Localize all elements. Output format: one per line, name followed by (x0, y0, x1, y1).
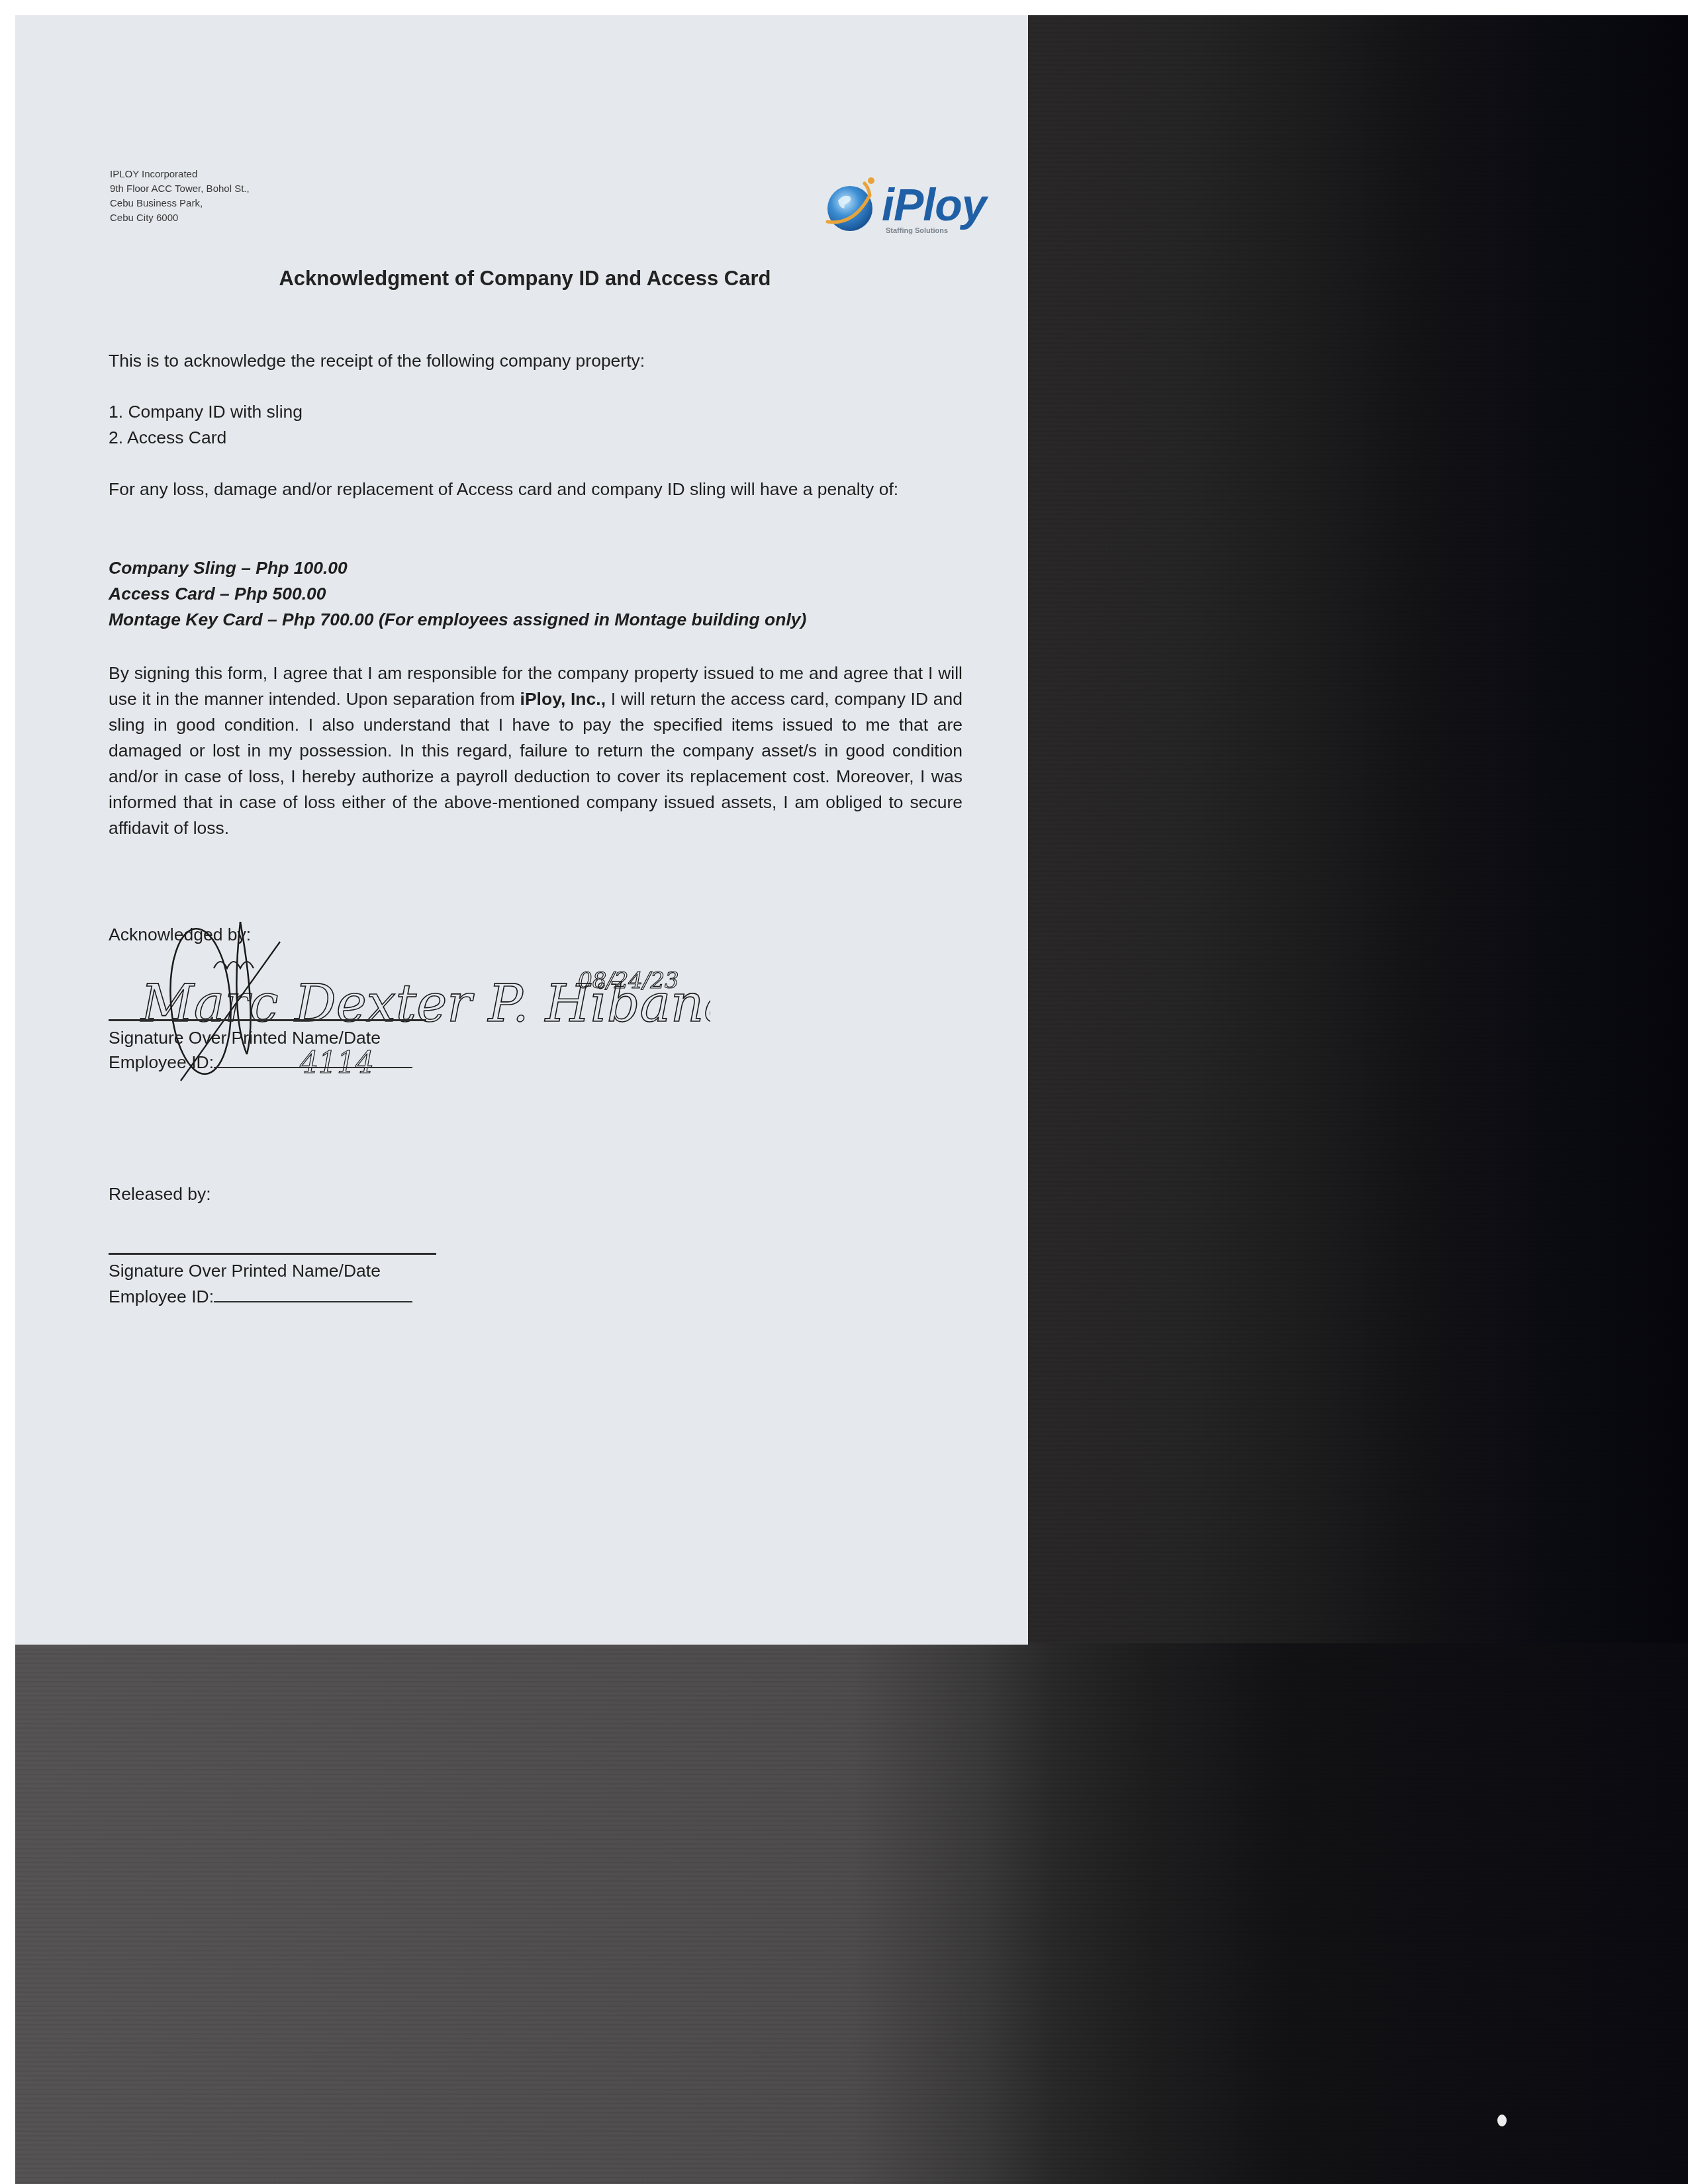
release-employee-id-field: Employee ID: (109, 1284, 962, 1310)
released-by-label: Released by: (109, 1181, 962, 1207)
address-line: Cebu City 6000 (110, 211, 250, 226)
address-line: 9th Floor ACC Tower, Bohol St., (110, 182, 250, 197)
address-line: IPLOY Incorporated (110, 167, 250, 182)
agreement-paragraph: By signing this form, I agree that I am … (109, 660, 962, 841)
logo-tagline: Staffing Solutions (886, 227, 948, 235)
scan-speck (1497, 2115, 1507, 2126)
handwritten-date: 08/24/23 (578, 968, 679, 994)
penalty-intro-text: For any loss, damage and/or replacement … (109, 477, 962, 502)
penalty-item: Access Card – Php 500.00 (109, 581, 962, 607)
agreement-text-2: I will return the access card, company I… (109, 689, 962, 838)
list-item: 1. Company ID with sling (109, 399, 962, 425)
penalty-list: Company Sling – Php 100.00 Access Card –… (109, 555, 962, 633)
company-name-bold: iPloy, Inc., (520, 689, 606, 709)
address-line: Cebu Business Park, (110, 197, 250, 211)
intro-text: This is to acknowledge the receipt of th… (109, 348, 962, 374)
release-employee-id-line (214, 1285, 412, 1302)
release-signature-line (109, 1253, 436, 1255)
property-list: 1. Company ID with sling 2. Access Card (109, 399, 962, 451)
logo-wordmark: iPloy (882, 179, 986, 231)
document-page: IPLOY Incorporated 9th Floor ACC Tower, … (15, 15, 1028, 1645)
release-employee-id-label: Employee ID: (109, 1287, 214, 1306)
company-address: IPLOY Incorporated 9th Floor ACC Tower, … (110, 167, 250, 226)
release-signature-caption: Signature Over Printed Name/Date (109, 1258, 962, 1284)
scanner-background-right (1014, 15, 1688, 1643)
globe-icon (821, 174, 887, 240)
list-item: 2. Access Card (109, 425, 962, 451)
employee-id-label: Employee ID: (109, 1052, 214, 1072)
penalty-item: Montage Key Card – Php 700.00 (For emplo… (109, 607, 962, 633)
document-title: Acknowledgment of Company ID and Access … (15, 267, 1035, 291)
employee-id-field: Employee ID: (109, 1050, 962, 1075)
penalty-item: Company Sling – Php 100.00 (109, 555, 962, 581)
signature-line (109, 1019, 426, 1021)
company-logo: iPloy Staffing Solutions (821, 174, 1019, 247)
employee-id-line (214, 1051, 412, 1068)
signature-caption: Signature Over Printed Name/Date (109, 1025, 962, 1051)
